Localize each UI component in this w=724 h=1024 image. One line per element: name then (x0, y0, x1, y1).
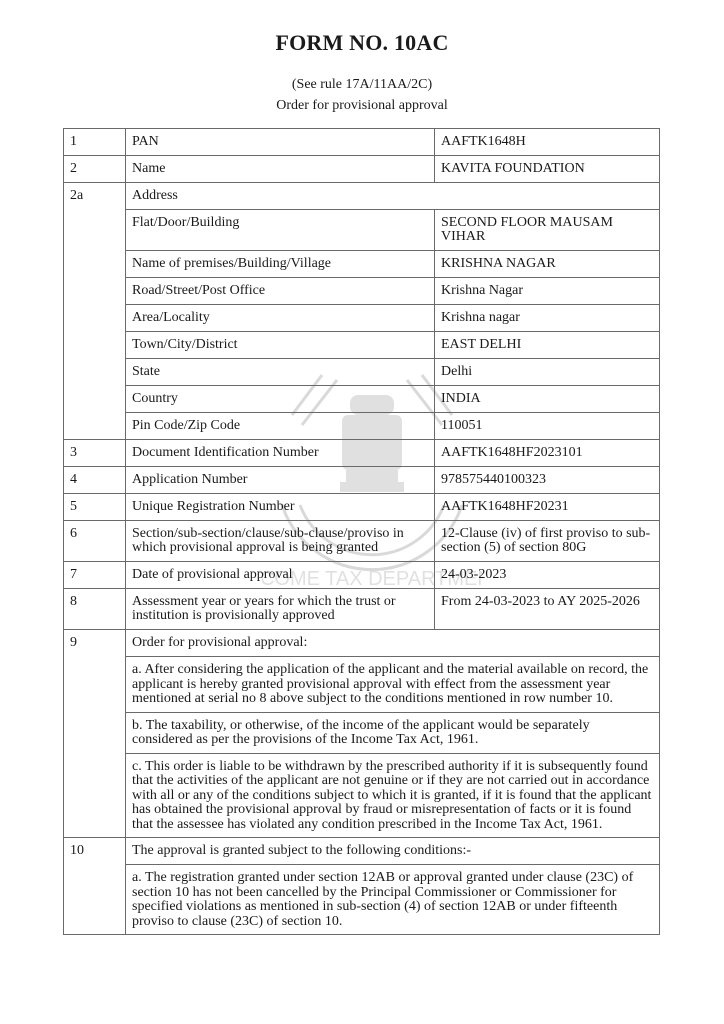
field-label: Road/Street/Post Office (126, 278, 435, 305)
table-row-address-field: Pin Code/Zip Code 110051 (64, 413, 660, 440)
table-row-address: 2a Address (64, 183, 660, 210)
din-value: AAFTK1648HF2023101 (435, 440, 660, 467)
premises-value: KRISHNA NAGAR (435, 251, 660, 278)
rule-reference: (See rule 17A/11AA/2C) (0, 77, 724, 93)
field-label: Name (126, 156, 435, 183)
serial-number: 2 (64, 156, 126, 183)
serial-number: 7 (64, 562, 126, 589)
field-label: Town/City/District (126, 332, 435, 359)
serial-number: 3 (64, 440, 126, 467)
form-table: 1 PAN AAFTK1648H 2 Name KAVITA FOUNDATIO… (63, 128, 660, 935)
form-title: FORM NO. 10AC (0, 30, 724, 56)
name-value: KAVITA FOUNDATION (435, 156, 660, 183)
table-row-din: 3 Document Identification Number AAFTK16… (64, 440, 660, 467)
road-street-value: Krishna Nagar (435, 278, 660, 305)
serial-number: 2a (64, 183, 126, 440)
order-paragraph-a: a. After considering the application of … (126, 657, 660, 713)
order-paragraph-c: c. This order is liable to be withdrawn … (126, 753, 660, 838)
field-label: Document Identification Number (126, 440, 435, 467)
serial-number: 5 (64, 494, 126, 521)
area-locality-value: Krishna nagar (435, 305, 660, 332)
pin-code-value: 110051 (435, 413, 660, 440)
field-label: Section/sub-section/clause/sub-clause/pr… (126, 521, 435, 562)
flat-door-building-value: SECOND FLOOR MAUSAM VIHAR (435, 210, 660, 251)
serial-number: 10 (64, 838, 126, 935)
table-row-order-paragraph: b. The taxability, or otherwise, of the … (64, 712, 660, 753)
field-label: State (126, 359, 435, 386)
field-label: Name of premises/Building/Village (126, 251, 435, 278)
table-row-order: 9 Order for provisional approval: (64, 630, 660, 657)
town-city-value: EAST DELHI (435, 332, 660, 359)
urn-value: AAFTK1648HF20231 (435, 494, 660, 521)
conditions-heading: The approval is granted subject to the f… (126, 838, 660, 865)
serial-number: 1 (64, 129, 126, 156)
country-value: INDIA (435, 386, 660, 413)
serial-number: 4 (64, 467, 126, 494)
table-row-application: 4 Application Number 978575440100323 (64, 467, 660, 494)
field-label: Flat/Door/Building (126, 210, 435, 251)
table-row-section: 6 Section/sub-section/clause/sub-clause/… (64, 521, 660, 562)
serial-number: 9 (64, 630, 126, 838)
table-row-address-field: Flat/Door/Building SECOND FLOOR MAUSAM V… (64, 210, 660, 251)
table-row-name: 2 Name KAVITA FOUNDATION (64, 156, 660, 183)
order-paragraph-b: b. The taxability, or otherwise, of the … (126, 712, 660, 753)
serial-number: 6 (64, 521, 126, 562)
field-label: Date of provisional approval (126, 562, 435, 589)
approval-date-value: 24-03-2023 (435, 562, 660, 589)
assessment-year-value: From 24-03-2023 to AY 2025-2026 (435, 589, 660, 630)
address-heading: Address (126, 183, 660, 210)
table-row-address-field: Country INDIA (64, 386, 660, 413)
section-value: 12-Clause (iv) of first proviso to sub-s… (435, 521, 660, 562)
table-row-conditions-paragraph: a. The registration granted under sectio… (64, 865, 660, 935)
field-label: Assessment year or years for which the t… (126, 589, 435, 630)
field-label: Pin Code/Zip Code (126, 413, 435, 440)
condition-paragraph-a: a. The registration granted under sectio… (126, 865, 660, 935)
table-row-order-paragraph: a. After considering the application of … (64, 657, 660, 713)
table-row-order-paragraph: c. This order is liable to be withdrawn … (64, 753, 660, 838)
field-label: PAN (126, 129, 435, 156)
form-subtitle: Order for provisional approval (0, 98, 724, 114)
state-value: Delhi (435, 359, 660, 386)
application-number-value: 978575440100323 (435, 467, 660, 494)
table-row-date: 7 Date of provisional approval 24-03-202… (64, 562, 660, 589)
table-row-address-field: Town/City/District EAST DELHI (64, 332, 660, 359)
field-label: Application Number (126, 467, 435, 494)
field-label: Country (126, 386, 435, 413)
serial-number: 8 (64, 589, 126, 630)
table-row-address-field: State Delhi (64, 359, 660, 386)
field-label: Area/Locality (126, 305, 435, 332)
order-heading: Order for provisional approval: (126, 630, 660, 657)
table-row-urn: 5 Unique Registration Number AAFTK1648HF… (64, 494, 660, 521)
table-row-conditions: 10 The approval is granted subject to th… (64, 838, 660, 865)
pan-value: AAFTK1648H (435, 129, 660, 156)
field-label: Unique Registration Number (126, 494, 435, 521)
table-row-address-field: Road/Street/Post Office Krishna Nagar (64, 278, 660, 305)
table-row-address-field: Area/Locality Krishna nagar (64, 305, 660, 332)
table-row-pan: 1 PAN AAFTK1648H (64, 129, 660, 156)
table-row-assessment: 8 Assessment year or years for which the… (64, 589, 660, 630)
table-row-address-field: Name of premises/Building/Village KRISHN… (64, 251, 660, 278)
